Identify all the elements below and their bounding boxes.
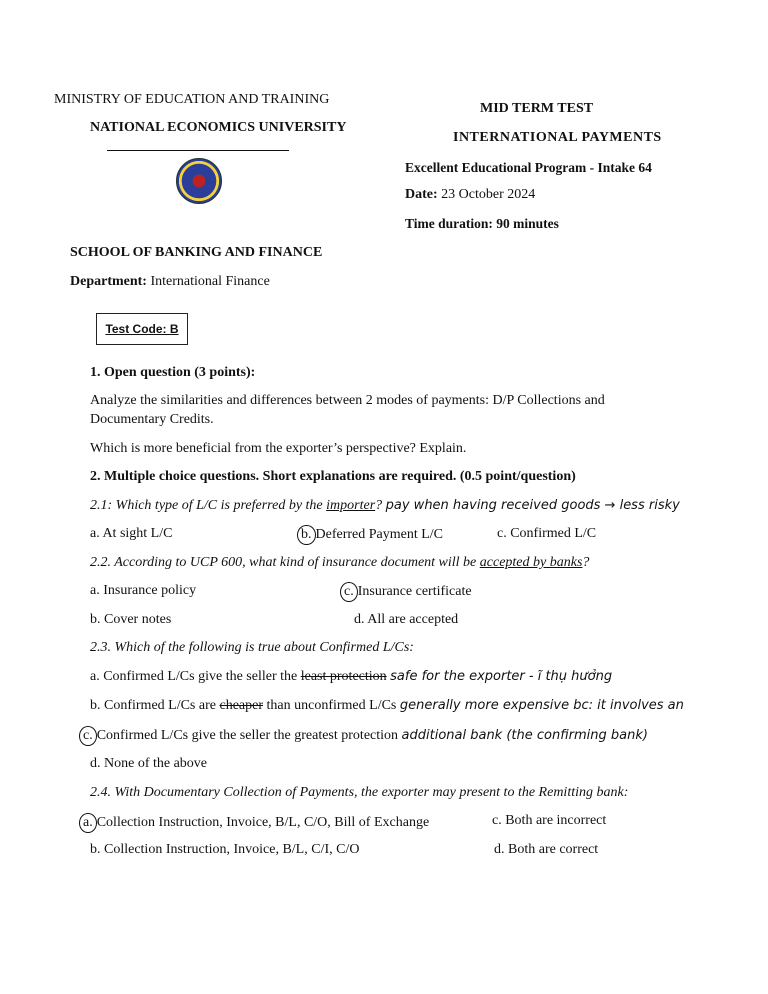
q2-heading: 2. Multiple choice questions. Short expl… (90, 469, 576, 485)
q22-prompt: 2.2. According to UCP 600, what kind of … (90, 555, 589, 571)
selected-circle: c. (340, 582, 358, 602)
q23-c-text: Confirmed L/Cs give the seller the great… (97, 728, 398, 743)
university-seal-icon (176, 158, 222, 204)
university-title: NATIONAL ECONOMICS UNIVERSITY (90, 120, 346, 136)
divider (107, 150, 289, 151)
handwritten-note: safe for the exporter - ĩ thụ hưởng (390, 669, 612, 684)
q1-text-cont: Documentary Credits. (90, 412, 214, 428)
q21-option-b-text: Deferred Payment L/C (316, 527, 444, 542)
q1-text: Analyze the similarities and differences… (90, 393, 605, 409)
q23-a-text: a. Confirmed L/Cs give the seller the (90, 669, 301, 684)
q21-option-b: b.Deferred Payment L/C (302, 525, 443, 545)
handwritten-note: pay when having received goods → less ri… (386, 498, 680, 513)
date-value: 23 October 2024 (441, 187, 535, 202)
date-line: Date: 23 October 2024 (405, 187, 535, 203)
school-title: SCHOOL OF BANKING AND FINANCE (70, 245, 322, 261)
department-line: Department: International Finance (70, 274, 270, 290)
subject-title: INTERNATIONAL PAYMENTS (453, 130, 662, 146)
struck-text: cheaper (219, 698, 263, 713)
q22-end: ? (582, 555, 589, 570)
q21-prompt: 2.1: Which type of L/C is preferred by t… (90, 498, 680, 514)
q23-option-a: a. Confirmed L/Cs give the seller the le… (90, 669, 612, 685)
q24-option-a: a.Collection Instruction, Invoice, B/L, … (84, 813, 429, 833)
test-code-box: Test Code: B (96, 313, 188, 345)
q21-option-c: c. Confirmed L/C (497, 526, 596, 542)
department-value: International Finance (150, 274, 269, 289)
q1-heading: 1. Open question (3 points): (90, 365, 255, 381)
selected-circle: a. (79, 813, 97, 833)
q23-option-c: c.Confirmed L/Cs give the seller the gre… (84, 726, 648, 746)
q23-b-text-end: than unconfirmed L/Cs (263, 698, 396, 713)
q22-text: 2.2. According to UCP 600, what kind of … (90, 555, 480, 570)
q24-a-text: Collection Instruction, Invoice, B/L, C/… (97, 815, 429, 830)
q22-option-c: c.Insurance certificate (345, 582, 472, 602)
test-type: MID TERM TEST (480, 101, 593, 117)
q23-option-b: b. Confirmed L/Cs are cheaper than uncon… (90, 698, 684, 714)
q24-prompt: 2.4. With Documentary Collection of Paym… (90, 785, 628, 801)
q24-option-b: b. Collection Instruction, Invoice, B/L,… (90, 842, 359, 858)
department-label: Department: (70, 274, 147, 289)
q22-option-d: d. All are accepted (354, 612, 458, 628)
q22-option-b: b. Cover notes (90, 612, 171, 628)
q21-option-a: a. At sight L/C (90, 526, 172, 542)
struck-text: least protection (301, 669, 387, 684)
q23-prompt: 2.3. Which of the following is true abou… (90, 640, 414, 656)
q22-option-a: a. Insurance policy (90, 583, 196, 599)
q23-b-text: b. Confirmed L/Cs are (90, 698, 219, 713)
q24-option-c: c. Both are incorrect (492, 813, 606, 829)
q24-option-d: d. Both are correct (494, 842, 598, 858)
selected-circle: c. (79, 726, 97, 746)
q1-text2: Which is more beneficial from the export… (90, 441, 466, 457)
q21-underlined: importer (326, 498, 375, 513)
date-label: Date: (405, 187, 438, 202)
q22-option-c-text: Insurance certificate (358, 584, 472, 599)
program: Excellent Educational Program - Intake 6… (405, 160, 652, 176)
ministry-title: MINISTRY OF EDUCATION AND TRAINING (54, 92, 329, 108)
q21-end: ? (375, 498, 382, 513)
selected-circle: b. (297, 525, 316, 545)
duration: Time duration: 90 minutes (405, 216, 559, 232)
q21-text: 2.1: Which type of L/C is preferred by t… (90, 498, 326, 513)
q23-option-d: d. None of the above (90, 756, 207, 772)
handwritten-note: additional bank (the confirming bank) (402, 728, 648, 743)
q22-underlined: accepted by banks (480, 555, 583, 570)
handwritten-note: generally more expensive bc: it involves… (400, 698, 684, 713)
